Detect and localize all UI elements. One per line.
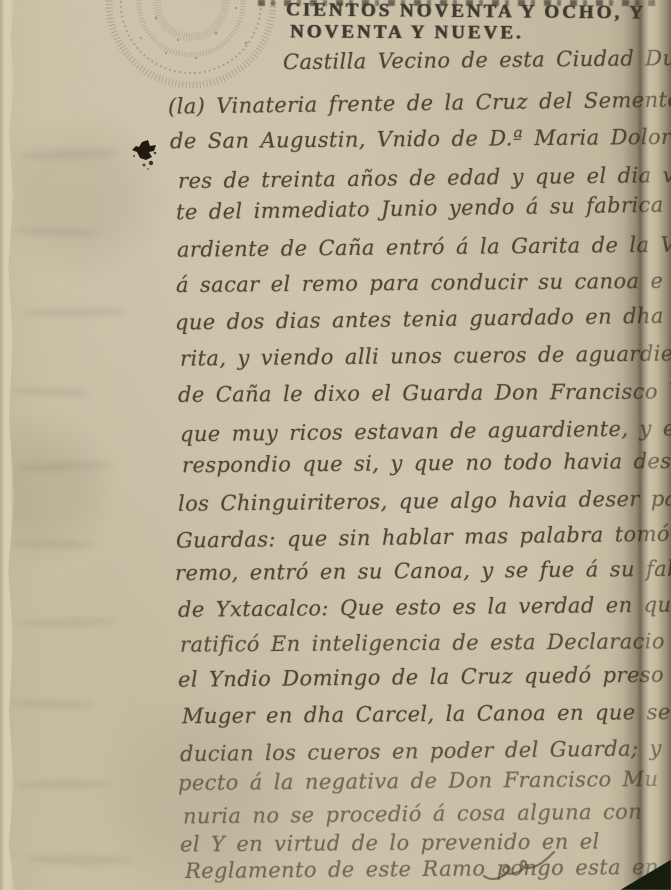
manuscript-line: (la) Vinateria frente de la Cruz del Sem… xyxy=(168,87,671,118)
manuscript-line: el Y en virtud de lo prevenido en el xyxy=(180,830,600,857)
manuscript-line: de Caña le dixo el Guarda Don Francisco … xyxy=(178,379,671,407)
manuscript-line: Muger en dha Carcel, la Canoa en que se … xyxy=(182,700,671,729)
manuscript-line: Reglamento de este Ramo pongo esta en xyxy=(185,855,659,883)
manuscript-line: Guardas: que sin hablar mas palabra tomó… xyxy=(176,521,671,552)
manuscript-line: te del immediato Junio yendo á su fabric… xyxy=(176,192,671,225)
ink-blot xyxy=(124,138,168,182)
torn-paper-edge xyxy=(0,0,15,890)
bleed-through-smudge xyxy=(18,617,118,629)
circular-ink-stamp xyxy=(96,0,286,93)
bleed-through-smudge xyxy=(24,854,134,866)
manuscript-line: remo, entró en su Canoa, y se fue á su f… xyxy=(175,557,671,585)
bleed-through-smudge xyxy=(16,460,114,472)
manuscript-line: rita, y viendo alli unos cueros de aguar… xyxy=(180,341,671,370)
manuscript-line: pecto á la negativa de Don Francisco Mu xyxy=(178,767,659,795)
bleed-through-smudge xyxy=(16,779,111,790)
manuscript-page-scan: CIENTOS NOVENTA Y OCHO, Y NOVENTA Y NUEV… xyxy=(0,0,671,890)
manuscript-line: de San Augustin, Vnido de D.ª Maria Dolo… xyxy=(170,125,671,154)
manuscript-line: ducian los cueros en poder del Guarda; y… xyxy=(180,736,671,766)
manuscript-line: que dos dias antes tenia guardado en dha… xyxy=(175,303,671,334)
bleed-through-smudge xyxy=(18,148,118,160)
manuscript-line: á sacar el remo para conducir su canoa e xyxy=(176,269,664,297)
manuscript-line: respondio que si, y que no todo havia de… xyxy=(182,449,671,478)
bleed-through-smudge xyxy=(12,539,98,548)
manuscript-line: ratificó En inteligencia de esta Declara… xyxy=(180,629,665,656)
bleed-through-smudge xyxy=(10,387,90,397)
manuscript-line: res de treinta años de edad y que el dia… xyxy=(178,163,671,193)
manuscript-line: que muy ricos estavan de aguardiente, y … xyxy=(180,416,671,447)
bleed-through-smudge xyxy=(10,699,94,710)
manuscript-line: Castilla Vecino de esta Ciudad Dueñ xyxy=(283,46,671,74)
manuscript-line: los Chinguiriteros, que algo havia deser… xyxy=(178,486,671,516)
manuscript-line: ardiente de Caña entró á la Garita de la… xyxy=(177,232,671,262)
manuscript-line: nuria no se procedió á cosa alguna con xyxy=(183,800,642,829)
manuscript-line: el Yndio Domingo de la Cruz quedó preso … xyxy=(178,662,671,691)
printed-header-line2: NOVENTA Y NUEVE. xyxy=(290,21,524,44)
manuscript-line: de Yxtacalco: Que esto es la verdad en q… xyxy=(178,592,671,622)
bleed-through-smudge xyxy=(12,226,100,237)
bleed-through-smudge xyxy=(20,307,125,318)
